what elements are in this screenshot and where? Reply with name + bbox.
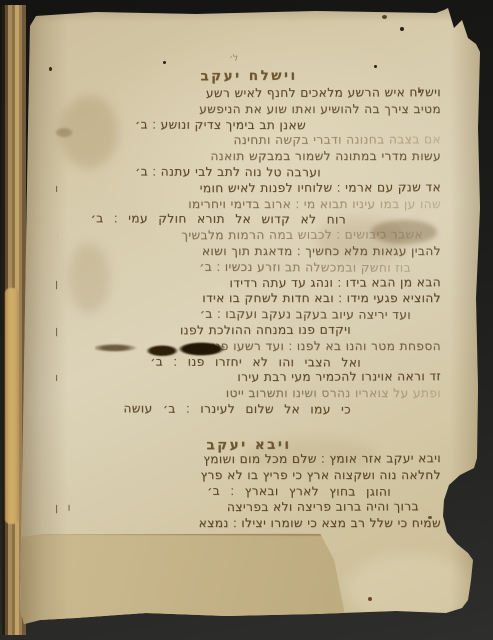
manuscript-line: הבא מן הבא בידו ׃ ונהג עד עתה רדידון — [57, 275, 441, 293]
speck — [368, 597, 372, 601]
manuscript-line: ברוך והיה ברוב פריצה ולא בפריצהו ן — [57, 499, 441, 517]
margin-marker: ו ן — [55, 501, 74, 514]
section-heading-vayishlach: וישלח יעקב — [57, 67, 441, 86]
manuscript-line: ופתע על צואריו נהרס ושינו ותשרוב ייטו — [57, 386, 441, 402]
text-layer: ל׳ וישלח יעקב ויבא יעקב וישלח איש הרשע מ… — [57, 66, 441, 606]
speck — [418, 90, 421, 93]
manuscript-line: בוז וחשק ובמכשלה תב וזרע נכשיו ׃ ב׳ — [57, 259, 441, 277]
speck — [49, 67, 52, 71]
manuscript-line: להבין עגאות מלא כחשיך ׃ מדאגת תוך ושוא — [57, 244, 441, 260]
speck — [428, 516, 432, 519]
margin-marker: ן — [55, 276, 61, 289]
manuscript-line: ויקדם פנו במנחה ההולכת לפנון — [57, 322, 441, 340]
manuscript-line: מטיב צירך בה להושיע ואתו שוע את הניפשע — [57, 102, 441, 118]
speck — [382, 15, 387, 19]
manuscript-line: ויבא יעקב אזר אומץ ׃ שלם מכל מום ושומץ — [57, 451, 441, 469]
manuscript-line: וישלח איש הרשע מלאכים לחנף לאיש רשע — [57, 85, 441, 103]
manuscript-line: אשבר כיבושים ׃ לכבוש במה הרמות מלבשיךו — [57, 227, 441, 245]
manuscript-page: ל׳ וישלח יעקב ויבא יעקב וישלח איש הרשע מ… — [16, 8, 480, 630]
manuscript-line: וערבה טל נוה לתב לבי עתנה ׃ ב׳ — [57, 164, 441, 182]
manuscript-line: אם בצבה בחנונה ודברי בקשה ותחינה — [57, 133, 441, 151]
speck — [374, 65, 377, 68]
margin-marker: ו — [55, 182, 61, 195]
page-stack-edge — [5, 288, 19, 524]
manuscript-line: עשות מדרי במתונה לשמור במבקש תואנה — [57, 149, 441, 165]
speck — [400, 27, 404, 31]
margin-marker: ו — [55, 371, 61, 384]
margin-marker: ו — [55, 229, 61, 242]
manuscript-line: הספחת מטר והנו בא לפנו ׃ ועד רשעו פנו — [57, 339, 441, 355]
margin-marker: ן — [55, 324, 61, 337]
manuscript-line: כי עמו אל שלום לעינרו ׃ ב׳ עושה — [57, 401, 441, 419]
manuscript-line: לחלאה נוה ושקצוה ארץ כי פריץ בו לא פרץ — [57, 468, 441, 484]
manuscript-line: זד וראה אוינרו להכמיר מעי רבת עירוו — [57, 370, 441, 388]
manuscript-line: להוציא פגעי מידו ׃ ובא חדות לשחק בו אידו — [57, 291, 441, 307]
manuscript-line: שהו ען במו עיניו תבוא מי ׃ ארוב בדימי וי… — [57, 197, 441, 213]
speck — [163, 61, 166, 64]
manuscript-line: אד שנק עם ארמי ׃ שלוחיו לפנות לאיש חומיו — [57, 180, 441, 198]
manuscript-line: והוגן בחוץ לארץ ובארץ ׃ ב׳ — [57, 483, 441, 501]
manuscript-photo: ל׳ וישלח יעקב ויבא יעקב וישלח איש הרשע מ… — [0, 0, 493, 640]
manuscript-line: שמיח כי שלל רב מצא כי שומרו יצילו ׃ נמצא — [57, 516, 441, 532]
